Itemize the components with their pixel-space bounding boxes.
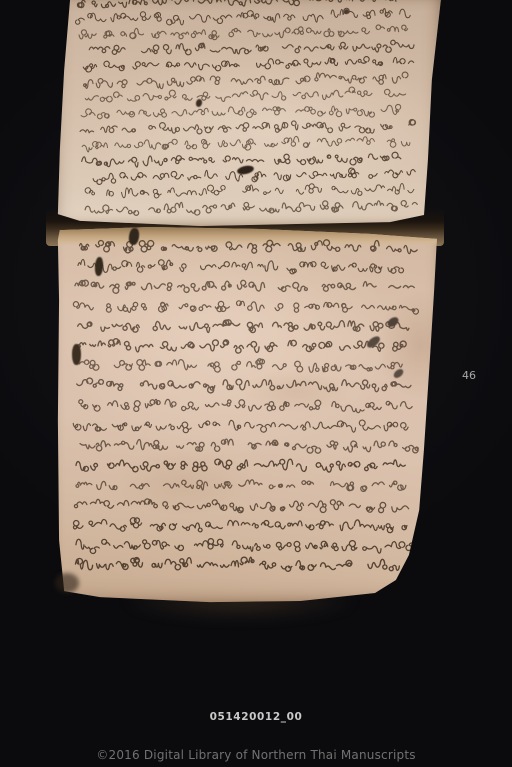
ink-smudge <box>72 344 81 365</box>
manuscript-current-page <box>50 224 444 604</box>
manuscript-text-line <box>73 495 415 513</box>
manuscript-text-line <box>75 336 417 354</box>
copyright-notice: ©2016 Digital Library of Northern Thai M… <box>0 748 512 762</box>
ink-smudge <box>344 9 349 14</box>
photo-background: 46 051420012_00 ©2016 Digital Library of… <box>0 0 512 767</box>
manuscript-text-line <box>69 415 416 433</box>
corner-stain <box>55 573 79 593</box>
manuscript-text-line <box>73 554 409 572</box>
manuscript-text-line <box>75 535 416 553</box>
manuscript-text-line <box>73 375 419 393</box>
manuscript-text-main-page <box>49 223 445 605</box>
manuscript-text-line <box>75 395 413 413</box>
manuscript-text-line <box>70 276 419 294</box>
manuscript-text-line <box>74 316 415 334</box>
manuscript-text-line <box>69 355 408 373</box>
manuscript-text-line <box>75 435 426 453</box>
manuscript-text-line <box>76 236 421 254</box>
manuscript-text-line <box>72 296 421 314</box>
manuscript-id-label: 051420012_00 <box>0 711 512 723</box>
page-number-label: 46 <box>455 369 483 382</box>
manuscript-previous-page <box>52 0 444 228</box>
manuscript-text-top-page <box>50 0 446 231</box>
manuscript-text-line <box>73 475 410 493</box>
manuscript-text-line <box>75 256 415 274</box>
manuscript-text-line <box>71 515 425 533</box>
manuscript-text-line <box>73 455 413 473</box>
